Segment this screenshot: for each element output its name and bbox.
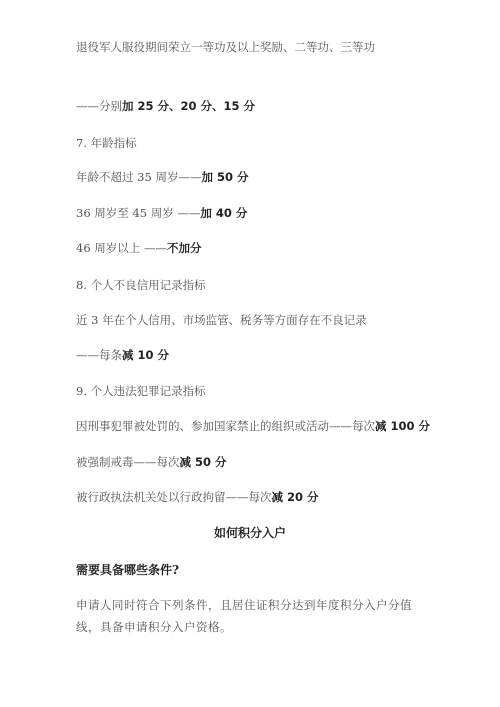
section-heading-9: 9. 个人违法犯罪记录指标 <box>76 384 206 398</box>
section-heading-7: 7. 年龄指标 <box>76 136 137 150</box>
text-line: 近 3 年在个人信用、市场监管、税务等方面存在不良记录 <box>76 313 367 327</box>
bold-text: 减 50 分 <box>180 455 227 469</box>
text-line: 36 周岁至 45 周岁 ——加 40 分 <box>76 206 247 220</box>
text-line: 被强制戒毒——每次减 50 分 <box>76 455 227 469</box>
bold-text: 加 40 分 <box>200 206 247 220</box>
text-line: 因刑事犯罪被处罚的、参加国家禁止的组织或活动——每次减 100 分 <box>76 419 430 433</box>
bold-text: 减 20 分 <box>272 490 319 504</box>
text-line: 年龄不超过 35 周岁——加 50 分 <box>76 170 248 184</box>
bold-text: 加 50 分 <box>201 170 248 184</box>
section-title: 如何积分入户 <box>0 526 500 540</box>
text-line: 退役军人服役期间荣立一等功及以上奖励、二等功、三等功 <box>76 40 375 54</box>
bold-text: 加 25 分、20 分、15 分 <box>122 99 255 113</box>
plain-text: 被强制戒毒——每次 <box>76 455 180 469</box>
bold-text: 减 10 分 <box>122 348 169 362</box>
subheading: 需要具备哪些条件? <box>76 563 179 577</box>
plain-text: 9. 个人违法犯罪记录指标 <box>76 384 206 398</box>
plain-text: 因刑事犯罪被处罚的、参加国家禁止的组织或活动——每次 <box>76 419 375 433</box>
text-line: ——分别加 25 分、20 分、15 分 <box>76 99 255 113</box>
plain-text: 年龄不超过 35 周岁—— <box>76 170 201 184</box>
text-line: ——每条减 10 分 <box>76 348 169 362</box>
plain-text: 被行政执法机关处以行政拘留——每次 <box>76 490 272 504</box>
plain-text: 退役军人服役期间荣立一等功及以上奖励、二等功、三等功 <box>76 40 375 54</box>
plain-text: ——每条 <box>76 348 122 362</box>
section-heading-8: 8. 个人不良信用记录指标 <box>76 278 206 292</box>
text-line: 46 周岁以上 ——不加分 <box>76 241 201 255</box>
bold-text: 不加分 <box>167 241 202 255</box>
paragraph: 申请人同时符合下列条件，且居住证积分达到年度积分入户分值线，具备申请积分入户资格… <box>76 594 426 638</box>
bold-text: 减 100 分 <box>375 419 430 433</box>
plain-text: 7. 年龄指标 <box>76 136 137 150</box>
plain-text: ——分别 <box>76 99 122 113</box>
plain-text: 36 周岁至 45 周岁 —— <box>76 206 200 220</box>
plain-text: 8. 个人不良信用记录指标 <box>76 278 206 292</box>
text-line: 被行政执法机关处以行政拘留——每次减 20 分 <box>76 490 319 504</box>
plain-text: 近 3 年在个人信用、市场监管、税务等方面存在不良记录 <box>76 313 367 327</box>
plain-text: 46 周岁以上 —— <box>76 241 167 255</box>
